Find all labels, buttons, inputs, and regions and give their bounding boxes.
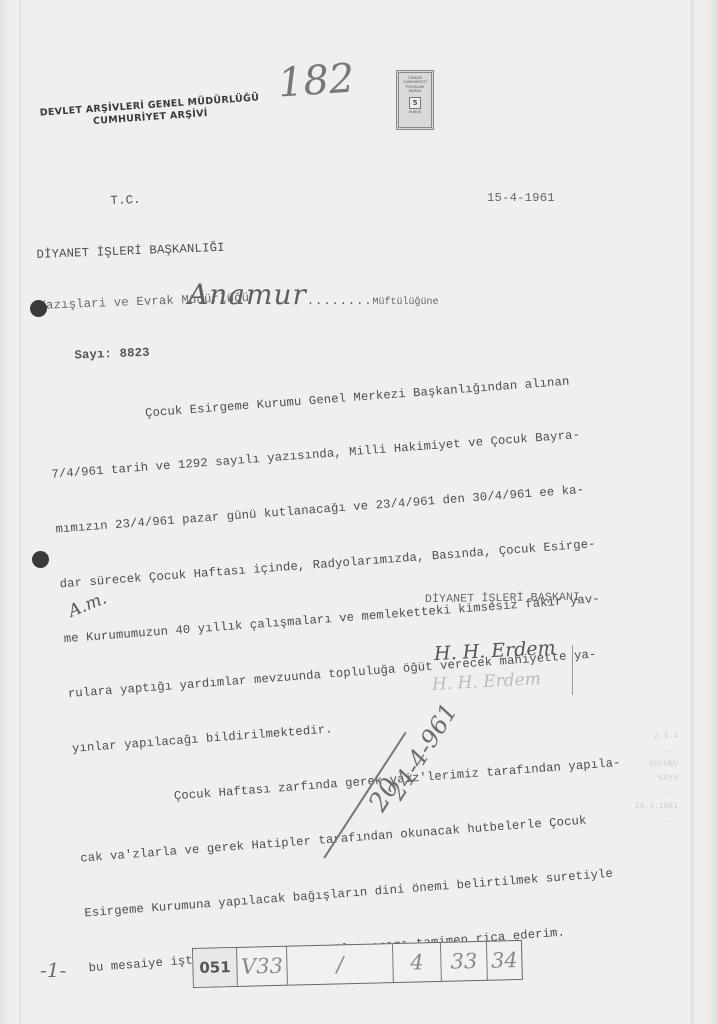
letter-body: Çocuk Esirgeme Kurumu Genel Merkezi Başk… [44,326,718,995]
catalog-cell-fund-code: 051 [193,948,238,987]
revenue-stamp-value: 5 [409,97,421,109]
catalog-cell: 4 [393,943,442,982]
recipient-office: Müftülüğüne [373,297,439,308]
bleed-line: ... [558,786,678,800]
letterhead-institution: DİYANET İŞLERİ BAŞKANLIĞI [36,239,247,264]
bleed-line: ... [558,744,678,758]
body-line: me Kurumumuzun 40 yıllık çalışmaları ve … [63,582,713,649]
punch-hole [30,300,47,317]
signature-bracket-line [572,645,573,695]
bleed-through-text: 2.3.4 ... DUYURU KOYU ... 24.4.1961 ... [558,730,678,828]
body-line: 7/4/961 tarih ve 1292 sayılı yazısında, … [51,417,701,484]
archive-catalog-box: 051 V33 / 4 33 34 [192,940,523,988]
catalog-cell: / [287,944,394,985]
body-line: Esirgeme Kurumuna yapılacak bağışların d… [84,855,718,922]
letter-date: 15-4-1961 [487,190,555,207]
revenue-stamp: TÜRKİYE CUMHURİYETİ POSTALARI DAMGA 5 KU… [396,70,434,130]
page-mark: -1- [40,958,66,982]
catalog-cell: V33 [237,947,288,986]
signature-title: DİYANET İŞLERİ BAŞKANI [425,589,580,608]
punch-hole [32,551,49,568]
recipient-dots: ........ [307,294,373,308]
folio-number: 182 [276,55,355,106]
body-line: rulara yaptığı yardımlar mevzuunda toplu… [67,636,717,703]
body-line: dar sürecek Çocuk Haftası içinde, Radyol… [59,527,709,594]
recipient-city-handwritten: Anamur [188,278,307,311]
letterhead: T.C. DİYANET İŞLERİ BAŞKANLIĞI Yazışlari… [33,154,252,383]
catalog-cell: 34 [487,941,522,980]
revenue-stamp-unit: KURUŞ [401,110,429,114]
bleed-line: KOYU [558,772,678,786]
recipient: Anamur........Müftülüğüne [188,278,439,311]
body-line: Çocuk Esirgeme Kurumu Genel Merkezi Başk… [47,363,697,430]
revenue-stamp-line: DAMGA [401,89,429,93]
bleed-line: DUYURU [558,758,678,772]
body-line: mımızın 23/4/961 pazar günü kutlanacağı … [55,472,705,539]
bleed-line: ... [558,814,678,828]
bleed-line: 24.4.1961 [558,800,678,814]
bleed-line: 2.3.4 [558,730,678,744]
letterhead-tc: T.C. [34,188,245,213]
catalog-cell: 33 [441,942,488,981]
